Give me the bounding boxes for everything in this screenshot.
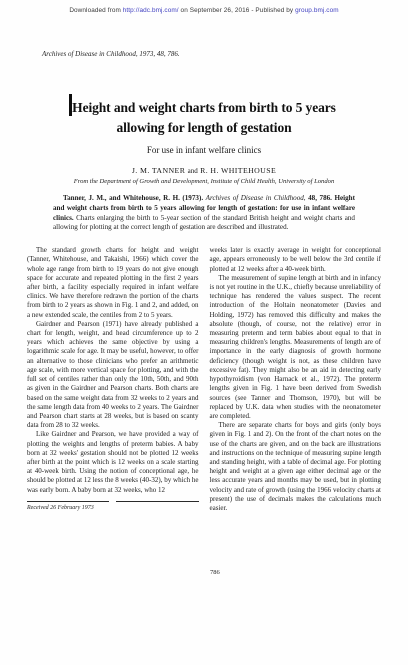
footnote-rule-segment bbox=[27, 501, 109, 502]
journal-citation: Archives of Disease in Childhood, 1973, … bbox=[42, 50, 180, 58]
received-footnote: Received 26 February 1973 bbox=[27, 501, 199, 513]
author-name-1: J. M. TANNER bbox=[132, 166, 185, 175]
abstract-paragraph: Tanner, J. M., and Whitehouse, R. H. (19… bbox=[53, 194, 355, 233]
download-banner-middle: on September 26, 2016 - Published by bbox=[179, 7, 295, 14]
article-content: Height and weight charts from birth to 5… bbox=[27, 92, 381, 513]
body-paragraph: The measurement of supine length at birt… bbox=[210, 274, 382, 421]
download-banner: Downloaded from http://adc.bmj.com/ on S… bbox=[0, 7, 408, 14]
group-bmj-link[interactable]: group.bmj.com bbox=[295, 7, 339, 14]
footnote-rule-segment bbox=[116, 501, 198, 502]
body-paragraph: Like Gairdner and Pearson, we have provi… bbox=[27, 430, 199, 494]
scanned-paper-page: Downloaded from http://adc.bmj.com/ on S… bbox=[0, 0, 408, 665]
author-line: J. M. TANNER and R. H. WHITEHOUSE bbox=[27, 166, 381, 175]
body-paragraph: There are separate charts for boys and g… bbox=[210, 421, 382, 513]
abstract-summary-text: Charts enlarging the birth to 5-year sec… bbox=[53, 214, 355, 232]
author-name-2: R. H. WHITEHOUSE bbox=[200, 166, 276, 175]
scan-layer: Downloaded from http://adc.bmj.com/ on S… bbox=[0, 0, 408, 665]
two-column-body: The standard growth charts for height an… bbox=[27, 246, 381, 513]
article-subtitle: For use in infant welfare clinics bbox=[27, 145, 381, 155]
article-title-line1: Height and weight charts from birth to 5… bbox=[72, 100, 336, 115]
affiliation-line: From the Department of Growth and Develo… bbox=[27, 178, 381, 185]
body-paragraph: weeks later is exactly average in weight… bbox=[210, 246, 382, 274]
adc-bmj-link[interactable]: http://adc.bmj.com/ bbox=[123, 7, 179, 14]
left-column: The standard growth charts for height an… bbox=[27, 246, 199, 513]
footnote-rule bbox=[27, 501, 199, 502]
page-number: 786 bbox=[210, 569, 220, 576]
abstract-bold-citation: Tanner, J. M., and Whitehouse, R. H. (19… bbox=[63, 194, 203, 202]
author-conjunction: and bbox=[188, 167, 198, 175]
body-paragraph: Gairdner and Pearson (1971) have already… bbox=[27, 320, 199, 430]
abstract-volume-pages: 48, 786. bbox=[308, 194, 332, 202]
received-date-text: Received 26 February 1973 bbox=[27, 504, 199, 513]
download-banner-prefix: Downloaded from bbox=[69, 7, 122, 14]
body-paragraph: The standard growth charts for height an… bbox=[27, 246, 199, 320]
article-title-line2: allowing for length of gestation bbox=[116, 120, 291, 135]
abstract-journal-italic: Archives of Disease in Childhood, bbox=[206, 194, 306, 202]
right-column: weeks later is exactly average in weight… bbox=[210, 246, 382, 513]
article-title: Height and weight charts from birth to 5… bbox=[27, 92, 381, 137]
